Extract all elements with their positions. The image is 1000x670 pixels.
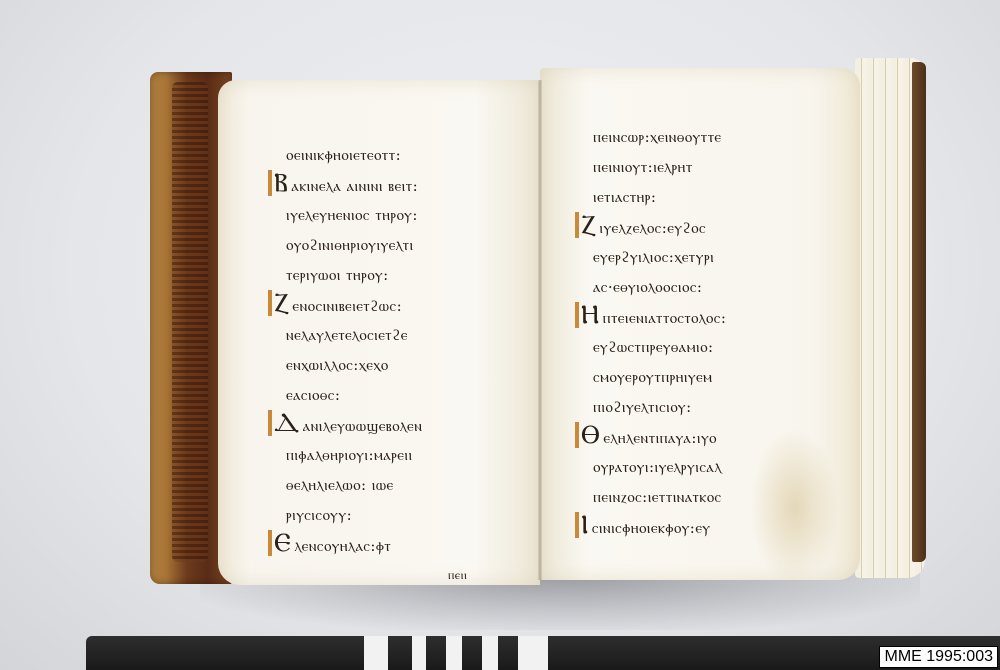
manuscript-text: ⲟⲩⲟϩⲓⲛⲓⲑⲏⲣⲓⲟⲩⲓⲩⲉⲗⲧⲓ xyxy=(286,236,414,254)
manuscript-text: ⲛⲉⲗⲁⲩⲗⲉⲧⲉⲗⲟⲥⲓⲉⲧϩⲉ xyxy=(286,326,408,344)
scale-segment-white xyxy=(482,636,498,670)
manuscript-line: Ⲃⲁⲕⲓⲛⲉⲗⲁ ⲁⲓⲛⲓⲛⲓ ⲃⲉⲓⲧ: xyxy=(268,170,528,200)
scale-segment-black xyxy=(426,636,446,670)
rubricated-initial: Ⲍ xyxy=(268,290,289,316)
manuscript-text: ⲉⲩⲉⲣϩⲩⲓⲗⲓⲟⲥ:ⲭⲉⲧⲩⲣⲓ xyxy=(593,248,714,266)
manuscript-text: ⲓⲉⲧⲓⲁⲥⲧⲏⲣ: xyxy=(593,188,656,206)
manuscript-text: ⲥⲓⲛⲓⲥⲫⲏⲟⲓⲉⲕⲫⲟⲩ:ⲉⲩ xyxy=(592,519,711,537)
manuscript-line: Ⲓⲥⲓⲛⲓⲥⲫⲏⲟⲓⲉⲕⲫⲟⲩ:ⲉⲩ xyxy=(575,512,825,542)
catchword: ⲡⲉⲓⲓ xyxy=(268,560,528,590)
manuscript-text: ⲥⲙⲟⲩⲉⲣⲟⲩⲧⲡⲣⲏⲓⲩⲉⲙ xyxy=(593,368,712,386)
manuscript-line: ⲡⲉⲓⲛⲥⲱⲣ:ⲭⲉⲓⲛⲑⲟⲩⲧⲧⲉ xyxy=(575,122,825,152)
manuscript-text: ⲡⲉⲓⲛⲍⲟⲥ:ⲓⲉⲧⲧⲓⲛⲁⲧⲕⲟⲥ xyxy=(593,488,722,506)
manuscript-text: ⲡⲉⲓⲛⲓⲟⲩⲧ:ⲓⲉⲗⲣⲏⲧ xyxy=(593,158,693,176)
manuscript-line: ⲉⲩⲉⲣϩⲩⲓⲗⲓⲟⲥ:ⲭⲉⲧⲩⲣⲓ xyxy=(575,242,825,272)
manuscript-line: Ⲇⲁⲛⲓⲗⲉⲩⲱⲱϣⲉⲃⲟⲗⲉⲛ xyxy=(268,410,528,440)
manuscript-line: ⲉⲛⲭⲱⲓⲗⲗⲟⲥ:ⲭⲉⲭⲟ xyxy=(268,350,528,380)
manuscript-text: ⲡⲓⲫⲁⲗⲑⲏⲣⲓⲟⲩⲓ:ⲙⲁⲣⲉⲓⲓ xyxy=(286,446,413,464)
manuscript-line: Ⲉⲗⲉⲛⲥⲟⲩⲏⲗⲁⲥ:ⲫⲧ xyxy=(268,530,528,560)
left-page-text: ⲟⲉⲓⲛⲓⲕⲫⲏⲟⲓⲉⲧⲉⲟⲧⲧ:Ⲃⲁⲕⲓⲛⲉⲗⲁ ⲁⲓⲛⲓⲛⲓ ⲃⲉⲓⲧ:ⲓⲩ… xyxy=(268,140,528,590)
scale-segment-white xyxy=(518,636,548,670)
manuscript-line: Ⲍⲉⲛⲟⲥⲓⲛⲓⲃⲉⲓⲉⲧϩⲱⲥ: xyxy=(268,290,528,320)
manuscript-text: ⲉⲁⲥⲓⲟⲑⲥ: xyxy=(286,386,340,404)
manuscript-line: ⲟⲉⲓⲛⲓⲕⲫⲏⲟⲓⲉⲧⲉⲟⲧⲧ: xyxy=(268,140,528,170)
manuscript-text: ⲧⲉⲣⲓⲩⲱⲟⲓ ⲧⲏⲣⲟⲩ: xyxy=(286,266,389,284)
manuscript-text: ⲟⲩⲣⲁⲧⲟⲩⲓ:ⲓⲩⲉⲗⲣⲩⲓⲥⲁⲗ xyxy=(593,458,722,476)
right-page-text: ⲡⲉⲓⲛⲥⲱⲣ:ⲭⲉⲓⲛⲑⲟⲩⲧⲧⲉⲡⲉⲓⲛⲓⲟⲩⲧ:ⲓⲉⲗⲣⲏⲧⲓⲉⲧⲓⲁⲥⲧ… xyxy=(575,122,825,542)
manuscript-line: ⲛⲉⲗⲁⲩⲗⲉⲧⲉⲗⲟⲥⲓⲉⲧϩⲉ xyxy=(268,320,528,350)
scale-segment-black xyxy=(462,636,482,670)
manuscript-text: ⲡⲧⲉⲓⲉⲛⲓⲁⲧⲧⲟⲥⲧⲟⲗⲟⲥ: xyxy=(603,309,727,327)
manuscript-text: ⲉⲛⲟⲥⲓⲛⲓⲃⲉⲓⲉⲧϩⲱⲥ: xyxy=(292,297,402,315)
manuscript-text: ⲣⲓⲩⲥⲓⲥⲟⲩⲩ: xyxy=(286,506,352,524)
manuscript-text: ⲉⲩϩⲱⲥⲧⲡⲣⲉⲩⲑⲁⲙⲓⲟ: xyxy=(593,338,714,356)
manuscript-text: ⲟⲉⲓⲛⲓⲕⲫⲏⲟⲓⲉⲧⲉⲟⲧⲧ: xyxy=(286,146,401,164)
manuscript-text: ⲡⲓⲟϩⲓⲩⲉⲗⲧⲓⲥⲓⲟⲩ: xyxy=(593,398,692,416)
manuscript-line: Ⲍⲓⲩⲉⲗⲍⲉⲗⲟⲥ:ⲉⲩϩⲟⲥ xyxy=(575,212,825,242)
book-gutter xyxy=(538,80,542,580)
manuscript-line: ⲟⲩⲣⲁⲧⲟⲩⲓ:ⲓⲩⲉⲗⲣⲩⲓⲥⲁⲗ xyxy=(575,452,825,482)
manuscript-line: ⲁⲥ·ⲉⲑⲩⲓⲟⲗⲟⲟⲥⲓⲟⲥ: xyxy=(575,272,825,302)
rubricated-initial: Ⲉ xyxy=(268,530,291,556)
manuscript-text: ⲡⲉⲓⲛⲥⲱⲣ:ⲭⲉⲓⲛⲑⲟⲩⲧⲧⲉ xyxy=(593,128,722,146)
rubricated-initial: Ⲍ xyxy=(575,212,596,238)
manuscript-text: ⲗⲉⲛⲥⲟⲩⲏⲗⲁⲥ:ⲫⲧ xyxy=(294,537,391,555)
rubricated-initial: Ⲏ xyxy=(575,302,600,328)
manuscript-text: ⲓⲩⲉⲗⲉⲩⲏⲉⲛⲓⲟⲥ ⲧⲏⲣⲟⲩ: xyxy=(286,206,418,224)
photo-scene: ⲟⲉⲓⲛⲓⲕⲫⲏⲟⲓⲉⲧⲉⲟⲧⲧ:Ⲃⲁⲕⲓⲛⲉⲗⲁ ⲁⲓⲛⲓⲛⲓ ⲃⲉⲓⲧ:ⲓⲩ… xyxy=(0,0,1000,670)
manuscript-line: ⲉⲁⲥⲓⲟⲑⲥ: xyxy=(268,380,528,410)
manuscript-text: ⲑⲉⲗⲏⲗⲓⲉⲗⲱⲟ: ⲓⲱⲉ xyxy=(286,476,394,494)
manuscript-text: ⲓⲩⲉⲗⲍⲉⲗⲟⲥ:ⲉⲩϩⲟⲥ xyxy=(599,219,706,237)
manuscript-line: ⲥⲙⲟⲩⲉⲣⲟⲩⲧⲡⲣⲏⲓⲩⲉⲙ xyxy=(575,362,825,392)
back-cover-edge xyxy=(912,62,926,562)
manuscript-line: ⲑⲉⲗⲏⲗⲓⲉⲗⲱⲟ: ⲓⲱⲉ xyxy=(268,470,528,500)
manuscript-text: ⲁⲕⲓⲛⲉⲗⲁ ⲁⲓⲛⲓⲛⲓ ⲃⲉⲓⲧ: xyxy=(291,177,418,195)
manuscript-line: ⲡⲓⲟϩⲓⲩⲉⲗⲧⲓⲥⲓⲟⲩ: xyxy=(575,392,825,422)
scale-bar xyxy=(86,636,1000,670)
manuscript-line: ⲡⲉⲓⲛⲍⲟⲥ:ⲓⲉⲧⲧⲓⲛⲁⲧⲕⲟⲥ xyxy=(575,482,825,512)
manuscript-line: ⲓⲩⲉⲗⲉⲩⲏⲉⲛⲓⲟⲥ ⲧⲏⲣⲟⲩ: xyxy=(268,200,528,230)
rubricated-initial: Ⲃ xyxy=(268,170,288,196)
manuscript-text: ⲁⲛⲓⲗⲉⲩⲱⲱϣⲉⲃⲟⲗⲉⲛ xyxy=(303,417,423,435)
rubricated-initial: Ⲓ xyxy=(575,512,589,538)
manuscript-text: ⲉⲛⲭⲱⲓⲗⲗⲟⲥ:ⲭⲉⲭⲟ xyxy=(286,356,389,374)
manuscript-line: ⲡⲉⲓⲛⲓⲟⲩⲧ:ⲓⲉⲗⲣⲏⲧ xyxy=(575,152,825,182)
scale-segment-white xyxy=(446,636,462,670)
rubricated-initial: Ⲇ xyxy=(268,410,300,436)
manuscript-text: ⲉⲗⲏⲗⲉⲛⲧⲓⲡⲁⲩⲁ:ⲓⲩⲟ xyxy=(603,429,716,447)
scale-segment-black xyxy=(388,636,412,670)
scale-segment-white xyxy=(364,636,388,670)
manuscript-line: ⲡⲓⲫⲁⲗⲑⲏⲣⲓⲟⲩⲓ:ⲙⲁⲣⲉⲓⲓ xyxy=(268,440,528,470)
scale-segment-white xyxy=(412,636,426,670)
manuscript-line: ⲧⲉⲣⲓⲩⲱⲟⲓ ⲧⲏⲣⲟⲩ: xyxy=(268,260,528,290)
manuscript-line: Ⲏⲡⲧⲉⲓⲉⲛⲓⲁⲧⲧⲟⲥⲧⲟⲗⲟⲥ: xyxy=(575,302,825,332)
scale-segment-black xyxy=(86,636,364,670)
rubricated-initial: Ⲑ xyxy=(575,422,600,448)
manuscript-line: ⲣⲓⲩⲥⲓⲥⲟⲩⲩ: xyxy=(268,500,528,530)
manuscript-line: ⲓⲉⲧⲓⲁⲥⲧⲏⲣ: xyxy=(575,182,825,212)
catalog-number-label: MME 1995:003 xyxy=(879,646,998,668)
manuscript-line: Ⲑⲉⲗⲏⲗⲉⲛⲧⲓⲡⲁⲩⲁ:ⲓⲩⲟ xyxy=(575,422,825,452)
manuscript-text: ⲁⲥ·ⲉⲑⲩⲓⲟⲗⲟⲟⲥⲓⲟⲥ: xyxy=(593,278,702,296)
manuscript-line: ⲉⲩϩⲱⲥⲧⲡⲣⲉⲩⲑⲁⲙⲓⲟ: xyxy=(575,332,825,362)
scale-segment-black xyxy=(498,636,518,670)
manuscript-line: ⲟⲩⲟϩⲓⲛⲓⲑⲏⲣⲓⲟⲩⲓⲩⲉⲗⲧⲓ xyxy=(268,230,528,260)
